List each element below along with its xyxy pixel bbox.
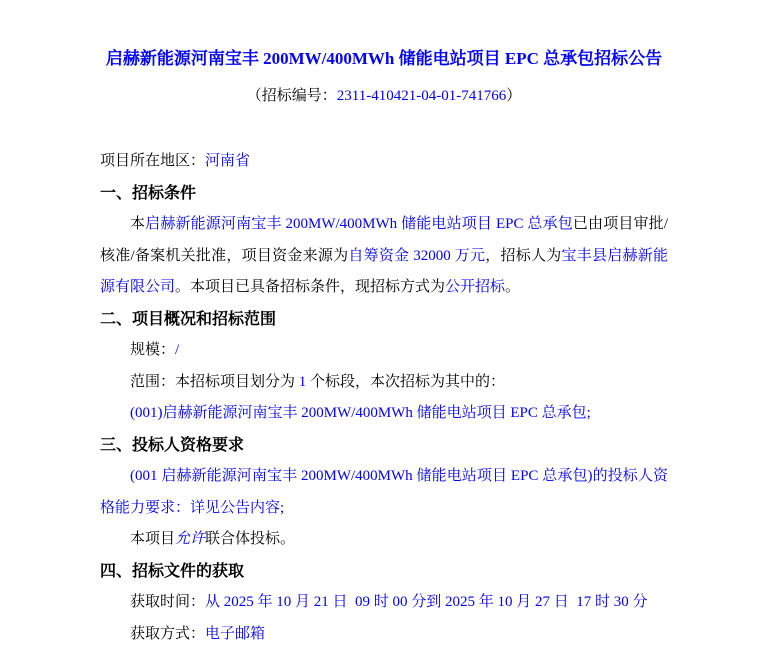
region-value: 河南省: [205, 153, 250, 169]
tender-number-line: （招标编号：2311-410421-04-01-741766）: [100, 84, 668, 108]
tender-number: 2311-410421-04-01-741766: [337, 88, 506, 104]
section-4-heading: 四、招标文件的获取: [100, 556, 668, 588]
page-title: 启赫新能源河南宝丰 200MW/400MWh 储能电站项目 EPC 总承包招标公…: [100, 46, 668, 72]
obtain-method-label: 获取方式：: [130, 626, 205, 642]
scale-line: 规模：/: [100, 335, 668, 367]
section-2-heading: 二、项目概况和招标范围: [100, 304, 668, 336]
document-body: 启赫新能源河南宝丰 200MW/400MWh 储能电站项目 EPC 总承包招标公…: [0, 0, 767, 645]
s1-text-5: 。: [505, 279, 520, 295]
jv-text-2: 联合体投标。: [205, 531, 295, 547]
qualification-text: (001 启赫新能源河南宝丰 200MW/400MWh 储能电站项目 EPC 总…: [100, 468, 668, 516]
lot-name: (001)启赫新能源河南宝丰 200MW/400MWh 储能电站项目 EPC 总…: [130, 405, 591, 421]
section-1-paragraph: 本启赫新能源河南宝丰 200MW/400MWh 储能电站项目 EPC 总承包已由…: [100, 209, 668, 304]
obtain-method-value: 电子邮箱: [205, 626, 265, 642]
scale-value: /: [175, 342, 179, 358]
tender-number-prefix: （招标编号：: [247, 88, 337, 104]
obtain-time-label: 获取时间：: [130, 594, 205, 610]
obtain-time-line: 获取时间：从 2025 年 10 月 21 日 09 时 00 分到 2025 …: [100, 587, 668, 619]
s1-text-3: ，招标人为: [485, 248, 561, 264]
obtain-method-line: 获取方式：电子邮箱: [100, 619, 668, 645]
lot-line: (001)启赫新能源河南宝丰 200MW/400MWh 储能电站项目 EPC 总…: [100, 398, 668, 430]
region-label: 项目所在地区：: [100, 153, 205, 169]
obtain-time-value: 从 2025 年 10 月 21 日 09 时 00 分到 2025 年 10 …: [205, 594, 648, 610]
s1-tender-method: 公开招标: [445, 279, 505, 295]
scope-text-1: 本招标项目划分为: [175, 374, 299, 390]
jv-allowed-value: 允许: [175, 531, 205, 547]
jv-text-1: 本项目: [130, 531, 175, 547]
section-1-heading: 一、招标条件: [100, 178, 668, 210]
s1-funding-value: 自筹资金 32000 万元: [348, 248, 485, 264]
scope-line: 范围：本招标项目划分为 1 个标段，本次招标为其中的：: [100, 367, 668, 399]
scale-label: 规模：: [130, 342, 175, 358]
region-line: 项目所在地区：河南省: [100, 146, 668, 178]
s1-text-1: 本: [130, 216, 145, 232]
s1-text-4: 。本项目已具备招标条件，现招标方式为: [175, 279, 445, 295]
tender-number-suffix: ）: [506, 88, 521, 104]
section-3-heading: 三、投标人资格要求: [100, 430, 668, 462]
joint-venture-line: 本项目允许联合体投标。: [100, 524, 668, 556]
qualification-paragraph: (001 启赫新能源河南宝丰 200MW/400MWh 储能电站项目 EPC 总…: [100, 461, 668, 524]
tender-announcement-page: 启赫新能源河南宝丰 200MW/400MWh 储能电站项目 EPC 总承包招标公…: [0, 0, 767, 645]
s1-project-name: 启赫新能源河南宝丰 200MW/400MWh 储能电站项目 EPC 总承包: [145, 216, 573, 232]
scope-label: 范围：: [130, 374, 175, 390]
scope-text-2: 个标段，本次招标为其中的：: [306, 374, 505, 390]
